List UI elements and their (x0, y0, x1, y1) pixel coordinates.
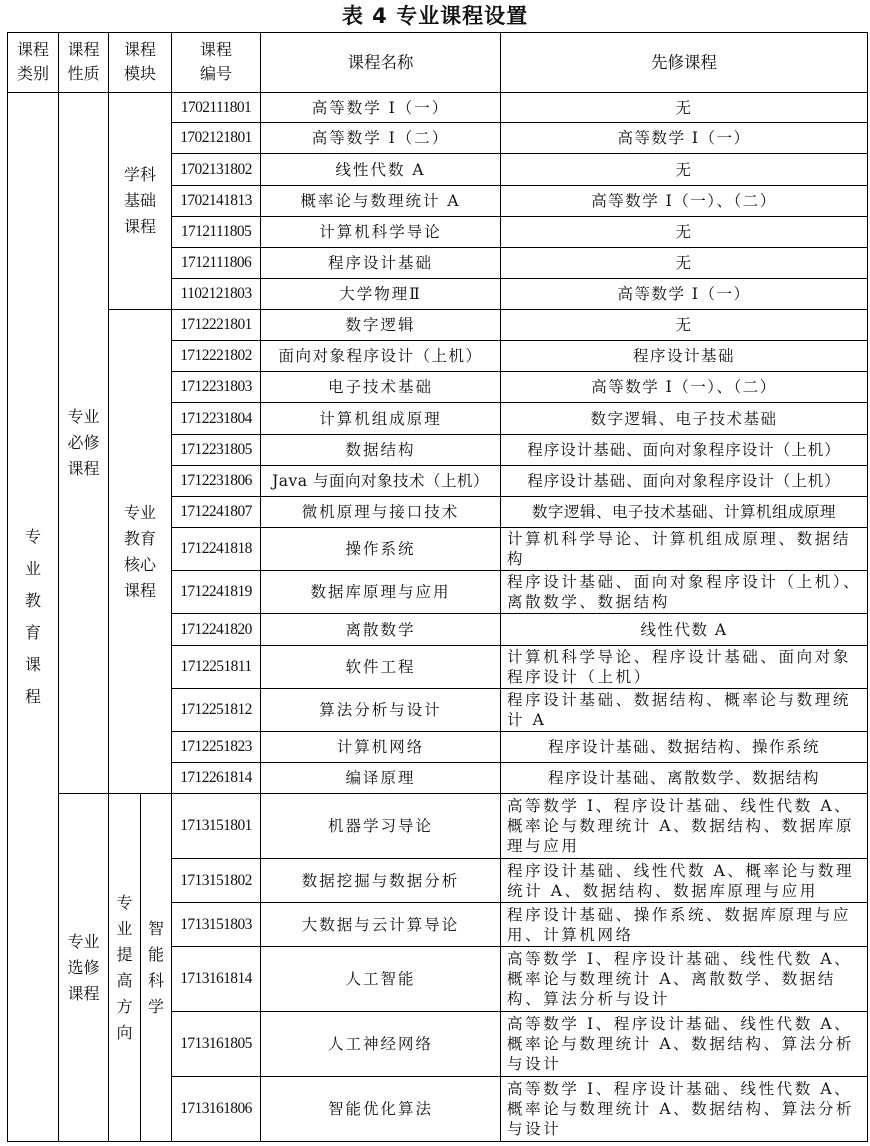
course-code: 1712251812 (172, 689, 261, 732)
course-code: 1713161806 (172, 1077, 261, 1142)
module-advanced-cell: 专业提高方向 (109, 794, 141, 1142)
course-code: 1712251811 (172, 646, 261, 689)
course-code: 1712261814 (172, 763, 261, 794)
course-name: 电子技术基础 (261, 372, 501, 403)
course-prerequisite: 无 (501, 248, 868, 279)
course-code: 1712251823 (172, 732, 261, 763)
course-prerequisite: 程序设计基础、离散数学、数据结构 (501, 763, 868, 794)
course-prerequisite: 高等数学 Ⅰ、程序设计基础、线性代数 A、概率论与数理统计 A、离散数学、数据结… (501, 947, 868, 1012)
course-prerequisite: 高等数学 Ⅰ（一） (501, 123, 868, 154)
header-module: 课程模块 (109, 33, 172, 93)
course-name: 大学物理Ⅱ (261, 279, 501, 310)
course-prerequisite: 计算机科学导论、计算机组成原理、数据结构 (501, 528, 868, 571)
header-prerequisite: 先修课程 (501, 33, 868, 93)
course-code: 1712231803 (172, 372, 261, 403)
course-name: 高等数学 Ⅰ（一） (261, 93, 501, 123)
course-prerequisite: 高等数学 Ⅰ、程序设计基础、线性代数 A、概率论与数理统计 A、数据结构、算法分… (501, 1077, 868, 1142)
course-code: 1712231805 (172, 435, 261, 466)
course-prerequisite: 高等数学 Ⅰ（一） (501, 279, 868, 310)
course-code: 1712231806 (172, 466, 261, 497)
course-prerequisite: 无 (501, 217, 868, 248)
course-prerequisite: 无 (501, 93, 868, 123)
course-name: 智能优化算法 (261, 1077, 501, 1142)
course-prerequisite: 程序设计基础、操作系统、数据库原理与应用、计算机网络 (501, 903, 868, 947)
table-title: 表 4 专业课程设置 (0, 0, 870, 32)
course-name: 数字逻辑 (261, 310, 501, 341)
course-code: 1712221801 (172, 310, 261, 341)
course-name: 操作系统 (261, 528, 501, 571)
course-code: 1102121803 (172, 279, 261, 310)
course-name: 微机原理与接口技术 (261, 497, 501, 528)
course-prerequisite: 高等数学 Ⅰ、程序设计基础、线性代数 A、概率论与数理统计 A、数据结构、算法分… (501, 1012, 868, 1077)
course-name: 数据结构 (261, 435, 501, 466)
course-prerequisite: 高等数学 Ⅰ（一）、（二） (501, 186, 868, 217)
course-name: 数据挖掘与数据分析 (261, 859, 501, 903)
course-name: 大数据与云计算导论 (261, 903, 501, 947)
nature-required-cell: 专业必修课程 (59, 93, 109, 794)
nature-elective-cell: 专业选修课程 (59, 794, 109, 1142)
course-code: 1712221802 (172, 341, 261, 372)
course-code: 1713151801 (172, 794, 261, 859)
course-name: 计算机网络 (261, 732, 501, 763)
direction-ai-cell: 智能科学 (141, 794, 172, 1142)
course-name: 面向对象程序设计（上机） (261, 341, 501, 372)
course-prerequisite: 高等数学 Ⅰ（一）、（二） (501, 372, 868, 403)
course-code: 1713151802 (172, 859, 261, 903)
course-code: 1712241820 (172, 614, 261, 646)
course-name: 线性代数 A (261, 154, 501, 186)
course-table: 课程类别 课程性质 课程模块 课程编号 课程名称 先修课程 专业教育课程 专业必… (7, 32, 868, 1142)
course-prerequisite: 程序设计基础、数据结构、概率论与数理统计 A (501, 689, 868, 732)
header-nature: 课程性质 (59, 33, 109, 93)
course-prerequisite: 程序设计基础、线性代数 A、概率论与数理统计 A、数据结构、数据库原理与应用 (501, 859, 868, 903)
header-code: 课程编号 (172, 33, 261, 93)
course-name: 程序设计基础 (261, 248, 501, 279)
course-name: 高等数学 Ⅰ（二） (261, 123, 501, 154)
module-core-cell: 专业教育核心课程 (109, 310, 172, 794)
course-prerequisite: 计算机科学导论、程序设计基础、面向对象程序设计（上机） (501, 646, 868, 689)
course-name: 概率论与数理统计 A (261, 186, 501, 217)
course-code: 1712111806 (172, 248, 261, 279)
course-prerequisite: 程序设计基础、数据结构、操作系统 (501, 732, 868, 763)
course-code: 1712241819 (172, 571, 261, 614)
course-name: 编译原理 (261, 763, 501, 794)
course-name: 离散数学 (261, 614, 501, 646)
course-prerequisite: 数字逻辑、电子技术基础 (501, 403, 868, 435)
course-code: 1702141813 (172, 186, 261, 217)
course-prerequisite: 程序设计基础、面向对象程序设计（上机） (501, 435, 868, 466)
course-prerequisite: 高等数学 Ⅰ、程序设计基础、线性代数 A、概率论与数理统计 A、数据结构、数据库… (501, 794, 868, 859)
header-name: 课程名称 (261, 33, 501, 93)
course-code: 1702121801 (172, 123, 261, 154)
course-code: 1713151803 (172, 903, 261, 947)
course-name: 人工神经网络 (261, 1012, 501, 1077)
course-prerequisite: 程序设计基础、面向对象程序设计（上机）、离散数学、数据结构 (501, 571, 868, 614)
course-name: 软件工程 (261, 646, 501, 689)
course-prerequisite: 无 (501, 154, 868, 186)
course-prerequisite: 线性代数 A (501, 614, 868, 646)
module-foundation-cell: 学科基础课程 (109, 93, 172, 310)
course-name: 计算机组成原理 (261, 403, 501, 435)
category-cell: 专业教育课程 (8, 93, 59, 1142)
header-category: 课程类别 (8, 33, 59, 93)
course-name: 计算机科学导论 (261, 217, 501, 248)
course-code: 1702131802 (172, 154, 261, 186)
course-prerequisite: 数字逻辑、电子技术基础、计算机组成原理 (501, 497, 868, 528)
course-name: Java 与面向对象技术（上机） (261, 466, 501, 497)
course-name: 数据库原理与应用 (261, 571, 501, 614)
course-prerequisite: 程序设计基础 (501, 341, 868, 372)
course-name: 算法分析与设计 (261, 689, 501, 732)
course-code: 1713161814 (172, 947, 261, 1012)
course-code: 1713161805 (172, 1012, 261, 1077)
course-prerequisite: 程序设计基础、面向对象程序设计（上机） (501, 466, 868, 497)
course-code: 1702111801 (172, 93, 261, 123)
course-code: 1712111805 (172, 217, 261, 248)
course-code: 1712241818 (172, 528, 261, 571)
course-prerequisite: 无 (501, 310, 868, 341)
course-name: 人工智能 (261, 947, 501, 1012)
course-name: 机器学习导论 (261, 794, 501, 859)
course-code: 1712241807 (172, 497, 261, 528)
course-code: 1712231804 (172, 403, 261, 435)
